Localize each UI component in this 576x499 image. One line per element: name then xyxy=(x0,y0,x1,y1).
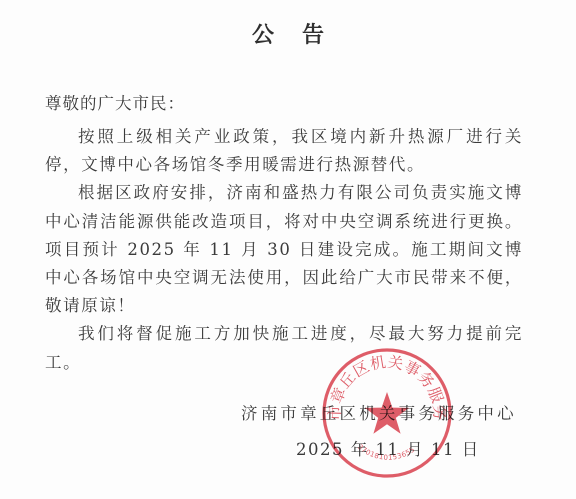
paragraph-policy: 按照上级相关产业政策，我区境内新升热源厂进行关停，文博中心各场馆冬季用暖需进行热… xyxy=(45,123,523,179)
title-char: 告 xyxy=(302,18,324,49)
notice-document: 公告 尊敬的广大市民： 按照上级相关产业政策，我区境内新升热源厂进行关停，文博中… xyxy=(0,0,576,499)
salutation: 尊敬的广大市民： xyxy=(45,90,185,114)
paragraph-project: 根据区政府安排，济南和盛热力有限公司负责实施文博中心清洁能源供能改造项目，将对中… xyxy=(45,179,523,320)
notice-body: 按照上级相关产业政策，我区境内新升热源厂进行关停，文博中心各场馆冬季用暖需进行热… xyxy=(45,123,523,377)
svg-text:3701810153655: 3701810153655 xyxy=(356,443,417,462)
official-seal-icon: 济南市章丘区机关事务服务中心 3701810153655 xyxy=(320,346,454,480)
title-char: 公 xyxy=(252,18,274,49)
seal-code-text: 3701810153655 xyxy=(356,443,417,462)
document-title: 公告 xyxy=(0,18,576,49)
